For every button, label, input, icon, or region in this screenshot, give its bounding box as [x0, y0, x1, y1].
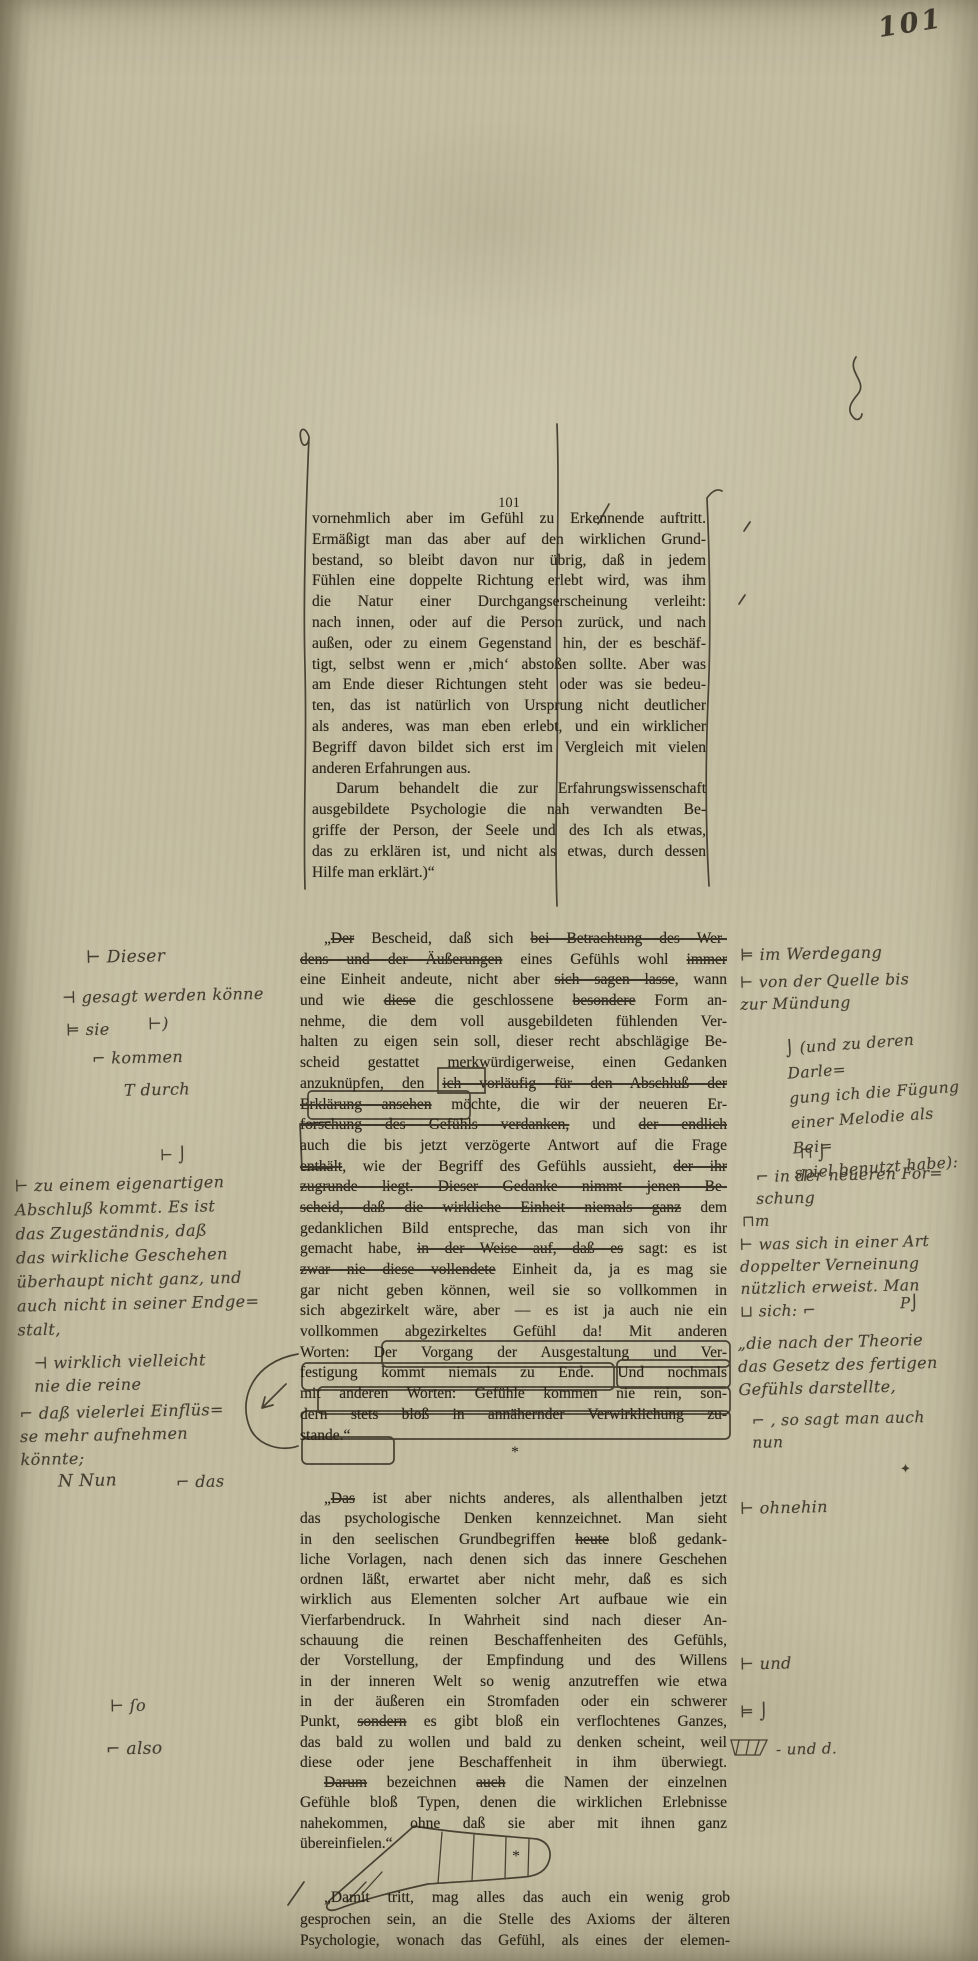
- printed-line: und wie diese die geschlossene besondere…: [300, 991, 727, 1012]
- printed-line: Psychologie, wonach das Gefühl, als eine…: [300, 1930, 730, 1952]
- printed-line: Hilfe man erklärt.)“: [312, 863, 706, 884]
- section-asterisk: *: [511, 1444, 519, 1462]
- margin-note-left: T durch: [124, 1077, 190, 1101]
- handwritten-page-number: 101: [877, 7, 945, 40]
- margin-note-right: ⊓m: [742, 1210, 770, 1234]
- struck-text: besondere: [573, 992, 636, 1009]
- printed-line: außen, oder zu einem Gegenstand hin, der…: [312, 634, 706, 655]
- printed-line: vornehmlich aber im Gefühl zu Erkennende…: [312, 509, 706, 530]
- margin-note-left: ⊢ Dieser: [86, 945, 166, 970]
- printed-line: sich abgezirkelt wäre, aber — es ist ja …: [300, 1301, 727, 1322]
- printed-line: zwar nie diese vollendete Einheit da, ja…: [300, 1260, 727, 1281]
- printed-line: griffe der Person, der Seele und des Ich…: [312, 821, 706, 842]
- printed-line: auch die bis jetzt verzögerte Antwort au…: [300, 1136, 727, 1157]
- printed-line: forschung des Gefühls verdanken, und der…: [300, 1115, 727, 1136]
- printed-paragraph-block-4: „Damit tritt, mag alles das auch ein wen…: [300, 1887, 730, 1952]
- printed-line: am Ende dieser Richtungen steht oder was…: [312, 675, 706, 696]
- printed-line: das psychologische Denken kennzeichnet. …: [300, 1509, 727, 1529]
- struck-text: forschung des Gefühls verdanken,: [300, 1116, 569, 1133]
- printed-line: anzuknüpfen, den ich vorläufig für den A…: [300, 1074, 727, 1095]
- struck-text: sich sagen lasse: [555, 971, 675, 988]
- printed-line: in der inneren Welt so wenig anzutreffen…: [300, 1672, 727, 1692]
- struck-text: dens und der Äußerungen: [300, 951, 502, 968]
- margin-note-right: ⊓ ⌡: [800, 1142, 827, 1166]
- margin-note-right: ⊢ und: [740, 1651, 792, 1675]
- printed-line: tigt, selbst wenn er ‚mich‘ abstoßen sol…: [312, 655, 706, 676]
- printed-line: dern stets bloß in annähernder Verwirkli…: [300, 1405, 727, 1426]
- struck-text: der ihr: [673, 1158, 727, 1175]
- printed-line: bestand, so bleibt davon nur übrig, daß …: [312, 551, 706, 572]
- printed-line: Punkt, sondern es gibt bloß ein verfloch…: [300, 1712, 727, 1732]
- printed-line: mit anderen Worten: Gefühle kommen nie r…: [300, 1384, 727, 1405]
- printed-line: Gefühle bloß Typen, denen die wirklichen…: [300, 1793, 727, 1813]
- margin-arrow: [246, 1354, 298, 1448]
- printed-line: Worten: Der Vorgang der Ausgestaltung un…: [300, 1343, 727, 1364]
- printed-line: Ermäßigt man das aber auf den wirklichen…: [312, 530, 706, 551]
- printed-line: gesprochen sein, an die Stelle des Axiom…: [300, 1909, 730, 1931]
- printed-line: diese oder jene Beschaffenheit in ihm üb…: [300, 1753, 727, 1773]
- margin-note-right: ⊨ ⌡: [740, 1700, 769, 1724]
- margin-note-right: ⊢ ohnehin: [740, 1495, 828, 1520]
- margin-note-right: ⊔ sich: ⌐: [740, 1299, 817, 1324]
- printed-line: nach innen, oder auf die Person zurück, …: [312, 613, 706, 634]
- printed-line: nahekommen, ohne daß sie aber mit ihnen …: [300, 1814, 727, 1834]
- struck-text: Das: [331, 1490, 355, 1507]
- margin-note-right: ⌐ in der neueren For= schung: [756, 1162, 944, 1210]
- margin-note-left: ⊢ zu einem eigenartigen Abschluß kommt. …: [14, 1169, 260, 1342]
- margin-note-right: - und d.: [776, 1737, 838, 1761]
- margin-note-left: ⌐ daß vielerlei Einflüs= se mehr aufnehm…: [19, 1398, 225, 1471]
- printed-line: ten, das ist natürlich von Ursprung nich…: [312, 696, 706, 717]
- printed-line: vollkommen abgezirkeltes Gefühl da! Mit …: [300, 1322, 727, 1343]
- printed-line: Darum bezeichnen auch die Namen der einz…: [300, 1773, 727, 1793]
- printed-line: festigung kommt niemals zu Ende. Und noc…: [300, 1363, 727, 1384]
- printed-quote-block-1: vornehmlich aber im Gefühl zu Erkennende…: [312, 509, 706, 883]
- printed-line: zugrunde liegt. Dieser Gedanke nimmt jen…: [300, 1177, 727, 1198]
- margin-note-left: N Nun: [58, 1469, 118, 1493]
- printed-line: als anderes, was man eben erlebt, und ei…: [312, 717, 706, 738]
- printed-line: Vierfarbendruck. In Wahrheit sind nach d…: [300, 1611, 727, 1631]
- printed-line: liche Vorlagen, nach denen sich das inne…: [300, 1550, 727, 1570]
- printed-line: in der äußeren ein Stromfaden oder ein s…: [300, 1692, 727, 1712]
- printed-line: halten zu eigen sein soll, dieser recht …: [300, 1032, 727, 1053]
- printed-line: dens und der Äußerungen eines Gefühls wo…: [300, 950, 727, 971]
- printed-line: gedanklichen Bild entspreche, das man si…: [300, 1219, 727, 1240]
- printed-line: nehme, die dem voll ausgebildeten fühlen…: [300, 1012, 727, 1033]
- struck-text: zugrunde liegt. Dieser Gedanke nimmt jen…: [300, 1178, 727, 1195]
- struck-text: sondern: [357, 1713, 406, 1730]
- printed-line: ordnen läßt, erwartet aber nicht mehr, d…: [300, 1570, 727, 1590]
- printed-line: Erklärung ansehen möchte, die wir der ne…: [300, 1095, 727, 1116]
- scanned-manuscript: { "colors": { "paper": "#c4bda2", "ink":…: [0, 0, 978, 1961]
- printed-line: ausgebildete Psychologie die nah verwand…: [312, 800, 706, 821]
- struck-text: heute: [575, 1531, 609, 1548]
- struck-text: Der: [331, 930, 354, 947]
- struck-text: scheid, daß die wirkliche Einheit niemal…: [300, 1199, 681, 1216]
- margin-note-left: ⊢ ſo: [110, 1694, 146, 1718]
- printed-line: das bald zu wollen und bald zu denken sc…: [300, 1733, 727, 1753]
- printed-quote-block-2: „Der Bescheid, daß sich bei Betrachtung …: [300, 929, 727, 1446]
- struck-text: auch: [476, 1774, 505, 1791]
- proof-line-left: [300, 429, 309, 889]
- printed-line: „Der Bescheid, daß sich bei Betrachtung …: [300, 929, 727, 950]
- printed-line: scheid gestattet merkwürdigerweise, eine…: [300, 1053, 727, 1074]
- proof-line-right: [706, 490, 722, 886]
- printed-line: „Damit tritt, mag alles das auch ein wen…: [300, 1887, 730, 1909]
- printed-line: gemacht habe, in der Weise auf, daß es s…: [300, 1239, 727, 1260]
- margin-note-left: ⊣ wirklich vielleicht nie die reine: [34, 1348, 207, 1398]
- printed-line: das zu erklären ist, und nicht als etwas…: [312, 842, 706, 863]
- margin-note-left: ⌐ das: [176, 1469, 225, 1493]
- struck-text: diese: [384, 992, 416, 1009]
- struck-text: in der Weise auf, daß es: [417, 1240, 623, 1257]
- margin-star-mark: ✦: [900, 1458, 912, 1481]
- printed-line: scheid, daß die wirkliche Einheit niemal…: [300, 1198, 727, 1219]
- margin-note-right: ⊨ im Werdegang: [740, 941, 883, 967]
- margin-note-left: ⊢ ⌡: [160, 1144, 187, 1168]
- printed-line: Begriff davon bildet sich erst im Vergle…: [312, 738, 706, 759]
- struck-text: zwar nie diese vollendete: [300, 1261, 496, 1278]
- printed-line: die Natur einer Durchgangserscheinung ve…: [312, 592, 706, 613]
- printed-line: der Vorstellung, der Empfindung und des …: [300, 1651, 727, 1671]
- margin-note-left: ⌐ kommen: [92, 1045, 184, 1070]
- margin-note-left: ⊨ sie: [66, 1018, 110, 1042]
- printed-line: anderen Erfahrungen aus.: [312, 759, 706, 780]
- margin-note-right: ⊢ was sich in einer Art doppelter Vernei…: [739, 1230, 930, 1300]
- margin-note-left: ⊢): [148, 1012, 169, 1035]
- struck-text: Erklärung ansehen: [300, 1096, 432, 1113]
- margin-note-right: P⌡: [900, 1292, 919, 1315]
- struck-text: immer: [687, 951, 727, 968]
- flourish-mark: [850, 357, 862, 419]
- printed-line: wirklich aus Elementen solcher Art aufba…: [300, 1590, 727, 1610]
- printed-line: in den seelischen Grundbegriffen heute b…: [300, 1530, 727, 1550]
- margin-note-right: ⌐ , so sagt man auch nun: [752, 1406, 926, 1454]
- margin-note-right: ⊢ von der Quelle bis zur Mündung: [740, 968, 910, 1016]
- printed-line: eine Einheit andeute, nicht aber sich sa…: [300, 970, 727, 991]
- printed-line: Fühlen eine doppelte Richtung erlebt wir…: [312, 571, 706, 592]
- struck-text: enthält: [300, 1158, 342, 1175]
- printed-line: „Das ist aber nichts anderes, als allent…: [300, 1489, 727, 1509]
- printed-quote-block-3: „Das ist aber nichts anderes, als allent…: [300, 1489, 727, 1854]
- struck-text: der endlich: [639, 1116, 727, 1133]
- balloon-asterisk: *: [512, 1848, 520, 1866]
- printed-line: enthält, wie der Begriff des Gefühls aus…: [300, 1157, 727, 1178]
- printed-line: gar nicht geben können, weil sie so voll…: [300, 1281, 727, 1302]
- margin-note-right: „die nach der Theorie das Gesetz des fer…: [737, 1328, 938, 1401]
- printed-line: schauung die reinen Beschaffenheiten des…: [300, 1631, 727, 1651]
- margin-note-left: ⊣ gesagt werden könne: [62, 982, 264, 1009]
- struck-text: bei Betrachtung des Wer-: [530, 930, 727, 947]
- struck-text: Darum: [324, 1774, 367, 1791]
- printed-line: Darum behandelt die zur Erfahrungswissen…: [312, 779, 706, 800]
- paper-stain: [330, 120, 660, 330]
- margin-note-left: ⌐ also: [106, 1737, 163, 1761]
- struck-text: ich vorläufig für den Abschluß der: [442, 1075, 727, 1092]
